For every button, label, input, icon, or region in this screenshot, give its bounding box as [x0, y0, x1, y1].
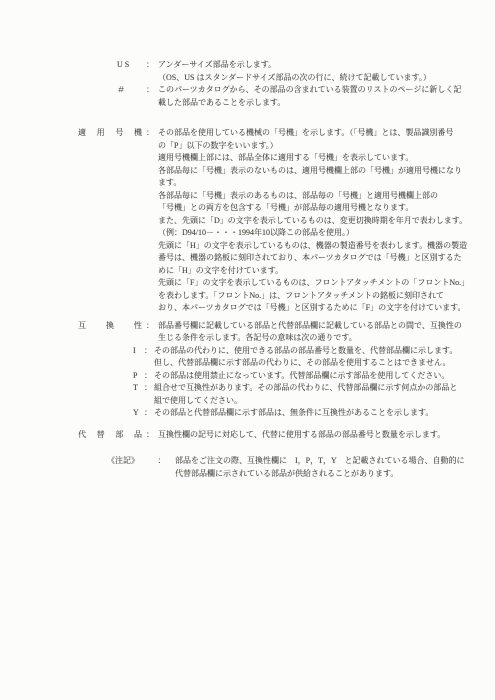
size-symbol-legend: US ： アンダーサイズ部品を示します。 （OS、US はスタンダードサイズ部品… [0, 59, 495, 109]
body-line: 部品をご注文の際、互換性欄に I，P，T，Y と記載されている場合、自動的に [175, 455, 464, 468]
section-interchangeability: 互 換 性 ： 部品番号欄に記載している部品と代替部品欄に記載している部品との間… [0, 320, 495, 420]
tekiyo-text: その部品を使用している機械の「号機」を示します。（「号機」とは、製品識別番号 の… [158, 127, 469, 315]
daitai-text: 互換性欄の記号に対応して、代替に使用する部品の部品番号と数量を示します。 [158, 429, 445, 442]
symbol-row-y: Y ： その部品と代替部品欄に示す部品は、無条件に互換性があることを示します。 [133, 407, 495, 420]
symbol-letter-p: P [133, 370, 142, 383]
section-row: 互 換 性 ： 部品番号欄に記載している部品と代替部品欄に記載している部品との間… [78, 320, 495, 345]
section-term-daitai: 代 替 部 品 [78, 429, 142, 442]
body-line: 番号は、機器の銘板に刻印されており、本パーツカタログでは「号機」と区別するた [158, 252, 469, 265]
body-line: おり、本パーツカタログでは「号機」と区別するために「F」の文字を付けています。 [158, 302, 469, 315]
body-line: その部品は使用禁止になっています。代替部品欄に示す部品を使用してください。 [154, 370, 449, 383]
colon-separator: ： [142, 429, 158, 442]
legend-us-line: アンダーサイズ部品を示します。 [158, 59, 431, 72]
legend-hash-line: このパーツカタログから、その部品の含まれている装置のリストのページに新しく記 [158, 84, 461, 97]
gokan-intro-text: 部品番号欄に記載している部品と代替部品欄に記載している部品との間で、互換性の 生… [158, 320, 462, 345]
colon-separator: ： [142, 370, 154, 383]
body-line: その部品の代わりに、使用できる部品の部品番号と数量を、代替部品欄に示します。 [154, 345, 457, 358]
body-line: 組で使用してください。 [154, 395, 457, 408]
colon-separator: ： [142, 407, 154, 420]
colon-separator: ： [142, 127, 158, 140]
colon-separator: ： [142, 84, 158, 97]
body-line: 各部品毎に「号機」表示のないものは、適用号機欄上部の「号機」が適用号機になり [158, 165, 469, 178]
symbol-row-t: T ： 組合せで互換性があります。その部品の代わりに、代替部品欄に示す何点かの部… [133, 382, 495, 407]
body-line: 互換性欄の記号に対応して、代替に使用する部品の部品番号と数量を示します。 [158, 429, 445, 442]
symbol-row-i: I ： その部品の代わりに、使用できる部品の部品番号と数量を、代替部品欄に示しま… [133, 345, 495, 370]
body-line: 組合せで互換性があります。その部品の代わりに、代替部品欄に示す何点かの部品と [154, 382, 457, 395]
note-row: 《注記》 ： 部品をご注文の際、互換性欄に I，P，T，Y と記載されている場合… [107, 455, 495, 480]
symbol-row-p: P ： その部品は使用禁止になっています。代替部品欄に示す部品を使用してください… [133, 370, 495, 383]
legend-hash-text: このパーツカタログから、その部品の含まれている装置のリストのページに新しく記 載… [158, 84, 461, 109]
body-line: 代替部品欄に示されている部品が供給されることがあります。 [175, 468, 464, 481]
section-term-tekiyo: 適 用 号 機 [78, 127, 142, 140]
section-applicable-serial: 適 用 号 機 ： その部品を使用している機械の「号機」を示します。（「号機」と… [0, 127, 495, 315]
body-line: 先頭に「F」の文字を表示しているものは、フロントアタッチメントの「フロントNo.… [158, 277, 469, 290]
body-line: 部品番号欄に記載している部品と代替部品欄に記載している部品との間で、互換性の [158, 320, 462, 333]
body-line: 各部品毎に「号機」表示のあるものは、部品毎の「号機」と適用号機欄上部の [158, 190, 469, 203]
colon-separator: ： [142, 382, 154, 395]
body-line: の「P」以下の数字をいいます。） [158, 140, 469, 153]
document-page: US ： アンダーサイズ部品を示します。 （OS、US はスタンダードサイズ部品… [0, 0, 495, 700]
legend-term-us: US [117, 59, 142, 72]
section-row: 代 替 部 品 ： 互換性欄の記号に対応して、代替に使用する部品の部品番号と数量… [78, 429, 495, 442]
section-note: 《注記》 ： 部品をご注文の際、互換性欄に I，P，T，Y と記載されている場合… [0, 455, 495, 480]
symbol-y-text: その部品と代替部品欄に示す部品は、無条件に互換性があることを示します。 [154, 407, 433, 420]
section-alternative-parts: 代 替 部 品 ： 互換性欄の記号に対応して、代替に使用する部品の部品番号と数量… [0, 429, 495, 442]
section-term-gokan: 互 換 性 [78, 320, 142, 333]
body-line: ます。 [158, 177, 469, 190]
body-line: その部品を使用している機械の「号機」を示します。（「号機」とは、製品識別番号 [158, 127, 469, 140]
legend-row-us: US ： アンダーサイズ部品を示します。 （OS、US はスタンダードサイズ部品… [117, 59, 495, 84]
symbol-p-text: その部品は使用禁止になっています。代替部品欄に示す部品を使用してください。 [154, 370, 449, 383]
symbol-letter-i: I [133, 345, 142, 358]
legend-row-hash: ＃ ： このパーツカタログから、その部品の含まれている装置のリストのページに新し… [117, 84, 495, 109]
symbol-i-text: その部品の代わりに、使用できる部品の部品番号と数量を、代替部品欄に示します。 但… [154, 345, 457, 370]
body-line: 適用号機欄上部には、部品全体に適用する「号機」を表示しています。 [158, 152, 469, 165]
body-line: を表わします。「フロントNo.」は、フロントアタッチメントの銘板に刻印されて [158, 290, 469, 303]
legend-hash-line: 載した部品であることを示します。 [158, 97, 461, 110]
body-line: めに「H」の文字を付けています。 [158, 265, 469, 278]
body-line: また、先頭に「D」の文字を表示しているものは、変更切換時期を年月で表わします。 [158, 215, 469, 228]
legend-us-text: アンダーサイズ部品を示します。 （OS、US はスタンダードサイズ部品の次の行に… [158, 59, 431, 84]
legend-term-hash: ＃ [117, 84, 142, 97]
body-line: 但し、代替部品欄に示す部品の代わりに、その部品を使用することはできません。 [154, 357, 457, 370]
note-text: 部品をご注文の際、互換性欄に I，P，T，Y と記載されている場合、自動的に 代… [175, 455, 464, 480]
symbol-letter-t: T [133, 382, 142, 395]
section-row: 適 用 号 機 ： その部品を使用している機械の「号機」を示します。（「号機」と… [78, 127, 495, 315]
colon-separator: ： [142, 345, 154, 358]
symbol-letter-y: Y [133, 407, 142, 420]
colon-separator: ： [142, 59, 158, 72]
note-term: 《注記》 [107, 455, 148, 468]
body-line: その部品と代替部品欄に示す部品は、無条件に互換性があることを示します。 [154, 407, 433, 420]
symbol-t-text: 組合せで互換性があります。その部品の代わりに、代替部品欄に示す何点かの部品と 組… [154, 382, 457, 407]
body-line: 生じる条件を示します。各記号の意味は次の通りです。 [158, 332, 462, 345]
colon-separator: ： [148, 455, 175, 468]
legend-us-line: （OS、US はスタンダードサイズ部品の次の行に、続けて記載しています。） [158, 72, 431, 85]
colon-separator: ： [142, 320, 158, 333]
body-line: 「号機」との両方を包含する「号機」が部品毎の適用号機となります。 [158, 202, 469, 215]
body-line: （例：D94/10－・・・1994年10以降この部品を使用。） [158, 227, 469, 240]
body-line: 先頭に「H」の文字を表示しているものは、機器の製造番号を表わします。機器の製造 [158, 240, 469, 253]
